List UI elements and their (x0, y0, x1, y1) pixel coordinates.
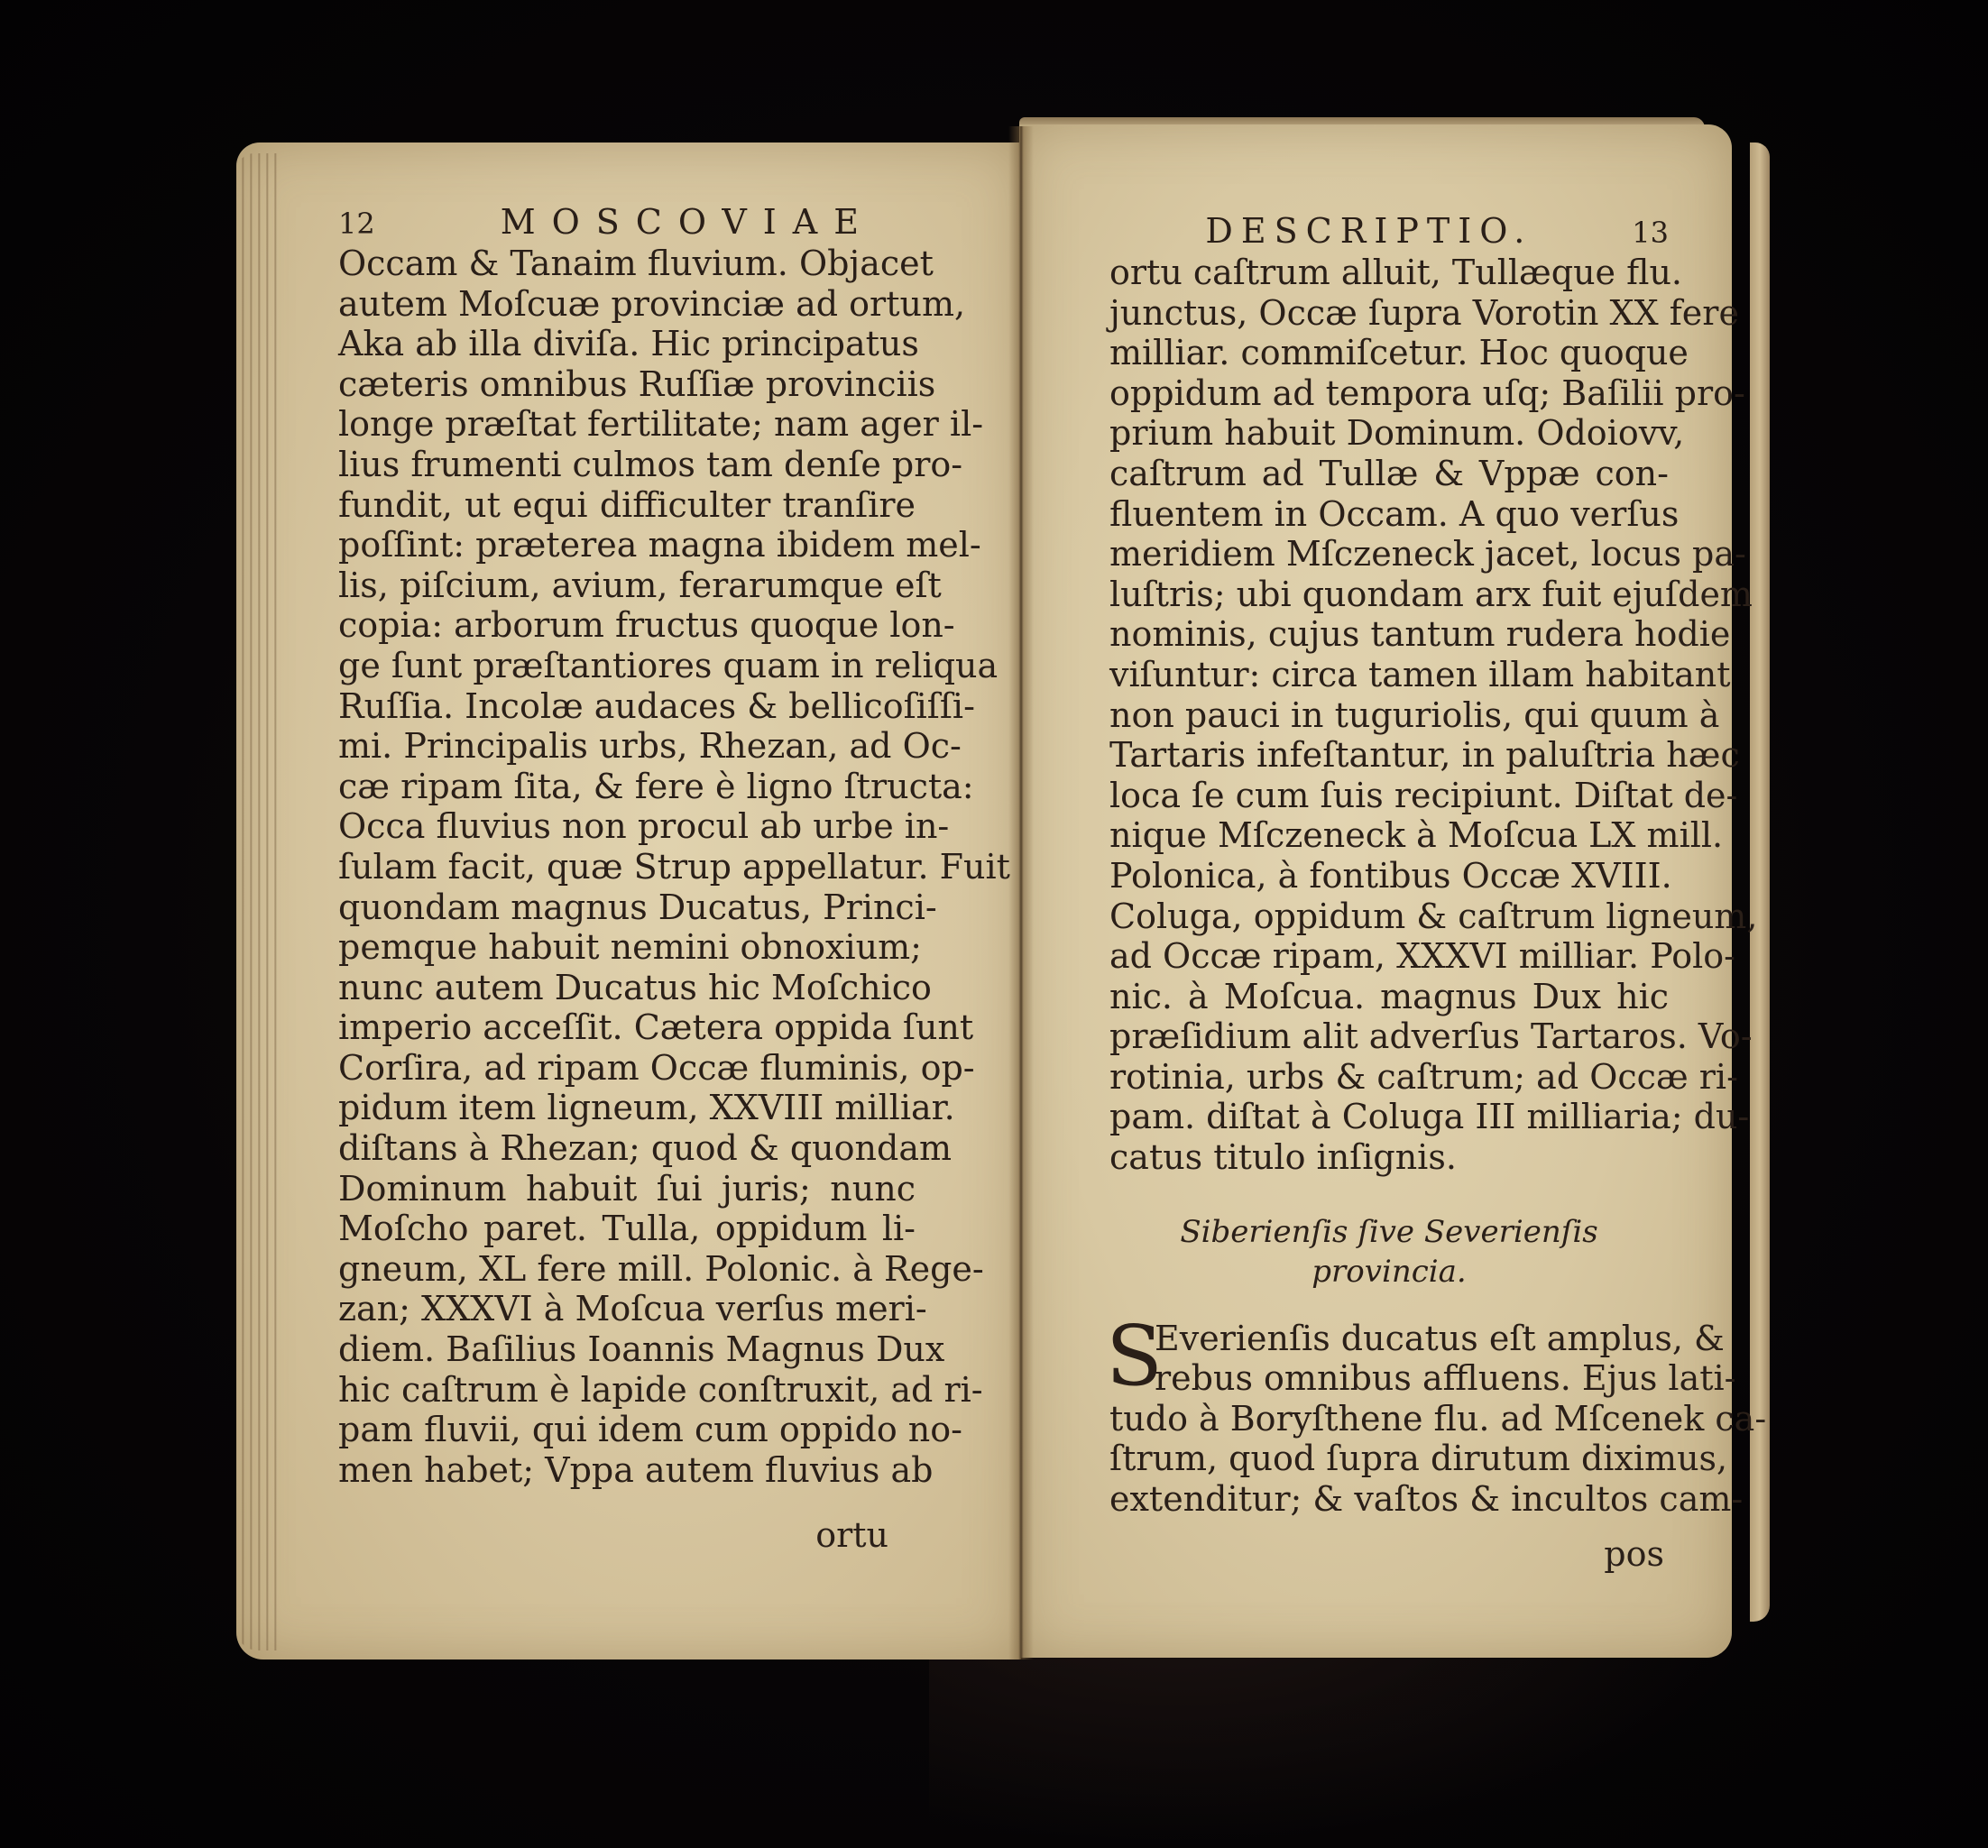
text-line: oppidum ad tempora uſq; Baſilii pro- (1109, 373, 1669, 414)
text-line: mi. Principalis urbs, Rhezan, ad Oc- (338, 726, 916, 767)
text-line: gneum, XL fere mill. Polonic. à Rege- (338, 1249, 916, 1290)
text-line: cæteris omnibus Ruſſiæ provinciis (338, 364, 916, 405)
text-line: viſuntur: circa tamen illam habitant (1109, 655, 1669, 695)
left-page-edges (236, 153, 278, 1650)
text-line: ſulam facit, quæ Strup appellatur. Fuit (338, 847, 916, 887)
text-line: caſtrum ad Tullæ & Vppæ con- (1109, 454, 1669, 494)
text-line: Occa fluvius non procul ab urbe in- (338, 806, 916, 847)
text-line: pam. diſtat à Coluga III milliaria; du- (1109, 1097, 1669, 1137)
text-line: poſſint: præterea magna ibidem mel- (338, 525, 916, 565)
text-line: nique Mſczeneck à Moſcua LX mill. (1109, 815, 1669, 856)
text-line: tudo à Boryſthene flu. ad Mſcenek ca- (1109, 1399, 1669, 1439)
text-line: luſtris; ubi quondam arx fuit ejuſdem (1109, 575, 1669, 615)
text-line: loca ſe cum ſuis recipiunt. Diſtat de- (1109, 776, 1669, 816)
text-line: Polonica, à fontibus Occæ XVIII. (1109, 856, 1669, 896)
text-line: nunc autem Ducatus hic Moſchico (338, 968, 916, 1008)
section-heading: Siberienſis ſive Severienſis (1109, 1212, 1669, 1252)
text-line: meridiem Mſczeneck jacet, locus pa- (1109, 534, 1669, 575)
text-line: fundit, ut equi difficulter tranſire (338, 485, 916, 526)
text-line: Corſira, ad ripam Occæ fluminis, op- (338, 1048, 916, 1089)
running-title-right: DESCRIPTIO. (1205, 211, 1532, 252)
text-line: extenditur; & vaſtos & incultos cam- (1109, 1479, 1669, 1520)
text-line: lius frumenti culmos tam denſe pro- (338, 445, 916, 485)
left-running-head: 12 MOSCOVIAE (338, 202, 916, 244)
text-line: Tartaris infeſtantur, in paluſtria hæc (1109, 735, 1669, 776)
page-number-left: 12 (338, 204, 375, 244)
text-line: ge ſunt præſtantiores quam in reliqua (338, 646, 916, 686)
text-line: pemque habuit nemini obnoxium; (338, 927, 916, 968)
right-running-head: DESCRIPTIO. 13 (1109, 211, 1669, 253)
text-line: junctus, Occæ ſupra Vorotin XX fere (1109, 293, 1669, 334)
section-heading-sub: provincia. (1109, 1252, 1669, 1292)
text-line: prium habuit Dominum. Odoiovv, (1109, 413, 1669, 454)
text-line: præſidium alit adverſus Tartaros. Vo- (1109, 1016, 1669, 1057)
text-line: men habet; Vppa autem fluvius ab (338, 1450, 916, 1491)
left-page-text: 12 MOSCOVIAE Occam & Tanaim fluvium. Obj… (338, 202, 916, 1556)
catchword-right: pos (1109, 1534, 1669, 1575)
text-line: rebus omnibus affluens. Ejus lati- (1109, 1358, 1669, 1399)
text-line: quondam magnus Ducatus, Princi- (338, 887, 916, 928)
text-line: diem. Baſilius Ioannis Magnus Dux (338, 1329, 916, 1370)
section-paragraph: S Everienſis ducatus eſt amplus, & rebus… (1109, 1319, 1669, 1520)
text-line: nic. à Moſcua. magnus Dux hic (1109, 977, 1669, 1017)
text-line: nominis, cujus tantum rudera hodie (1109, 614, 1669, 655)
text-line: Dominum habuit ſui juris; nunc (338, 1169, 916, 1209)
text-line: catus titulo inſignis. (1109, 1137, 1669, 1178)
text-line: fluentem in Occam. A quo verſus (1109, 494, 1669, 535)
text-line: Everienſis ducatus eſt amplus, & (1109, 1319, 1669, 1359)
text-line: non pauci in tuguriolis, qui quum à (1109, 695, 1669, 736)
text-line: milliar. commiſcetur. Hoc quoque (1109, 333, 1669, 373)
text-line: ad Occæ ripam, XXXVI milliar. Polo- (1109, 936, 1669, 977)
text-line: Moſcho paret. Tulla, oppidum li- (338, 1209, 916, 1249)
catchword-left: ortu (338, 1515, 916, 1556)
text-line: longe præſtat fertilitate; nam ager il- (338, 404, 916, 445)
text-line: pam fluvii, qui idem cum oppido no- (338, 1410, 916, 1450)
text-line: ortu caſtrum alluit, Tullæque flu. (1109, 253, 1669, 293)
running-title-left: MOSCOVIAE (501, 202, 875, 243)
text-line: Ruſſia. Incolæ audaces & bellicoſiſſi- (338, 686, 916, 727)
text-line: cæ ripam ſita, & fere è ligno ſtructa: (338, 767, 916, 807)
text-line: lis, piſcium, avium, ferarumque eſt (338, 565, 916, 606)
text-line: Occam & Tanaim fluvium. Objacet (338, 244, 916, 284)
page-number-right: 13 (1632, 213, 1669, 253)
text-line: diſtans à Rhezan; quod & quondam (338, 1128, 916, 1169)
drop-cap: S (1106, 1319, 1163, 1394)
text-line: zan; XXXVI à Moſcua verſus meri- (338, 1289, 916, 1329)
text-line: hic caſtrum è lapide conſtruxit, ad ri- (338, 1370, 916, 1411)
text-line: copia: arborum fructus quoque lon- (338, 605, 916, 646)
text-line: rotinia, urbs & caſtrum; ad Occæ ri- (1109, 1057, 1669, 1098)
text-line: autem Moſcuæ provinciæ ad ortum, (338, 284, 916, 325)
text-line: Aka ab illa diviſa. Hic principatus (338, 324, 916, 364)
text-line: pidum item ligneum, XXVIII milliar. (338, 1088, 916, 1128)
text-line: Coluga, oppidum & caſtrum ligneum, (1109, 896, 1669, 937)
text-line: ſtrum, quod ſupra dirutum diximus, (1109, 1439, 1669, 1479)
book-gutter (1008, 126, 1034, 1660)
right-page-text: DESCRIPTIO. 13 ortu caſtrum alluit, Tull… (1109, 211, 1669, 1574)
text-line: imperio acceſſit. Cætera oppida ſunt (338, 1007, 916, 1048)
